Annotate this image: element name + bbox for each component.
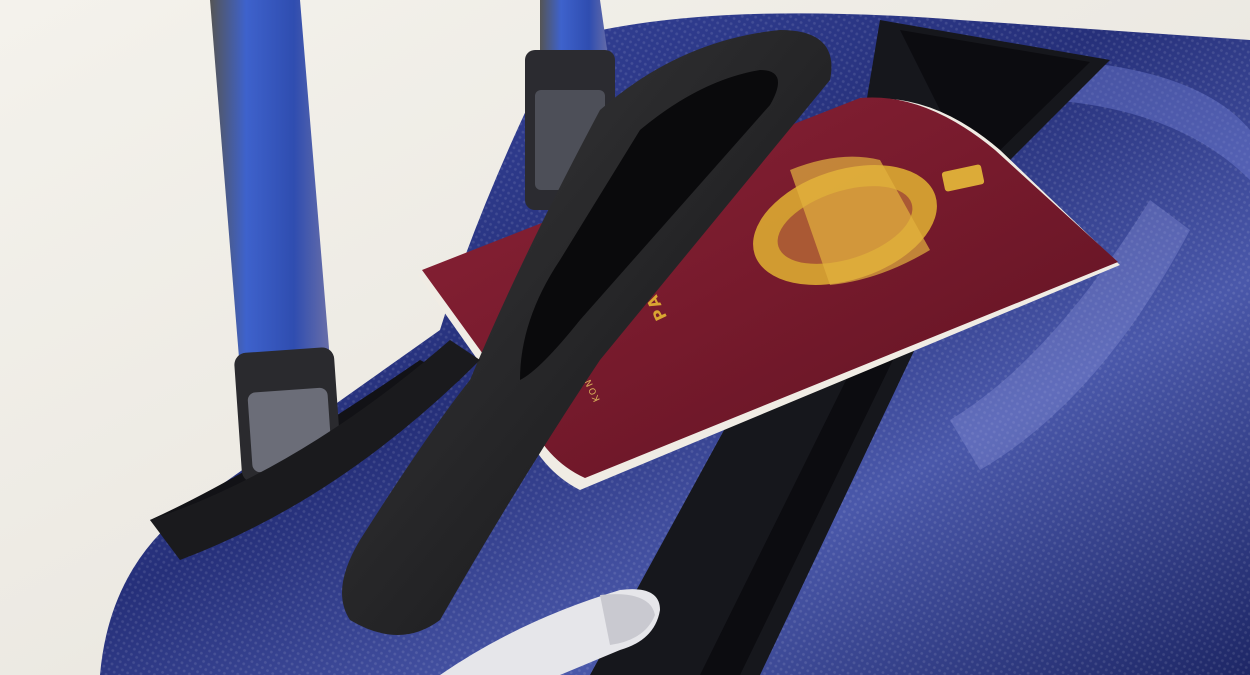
photo-illustration: PASPOO KONINKRIJK [0,0,1250,675]
photo-scene: PASPOO KONINKRIJK [0,0,1250,675]
